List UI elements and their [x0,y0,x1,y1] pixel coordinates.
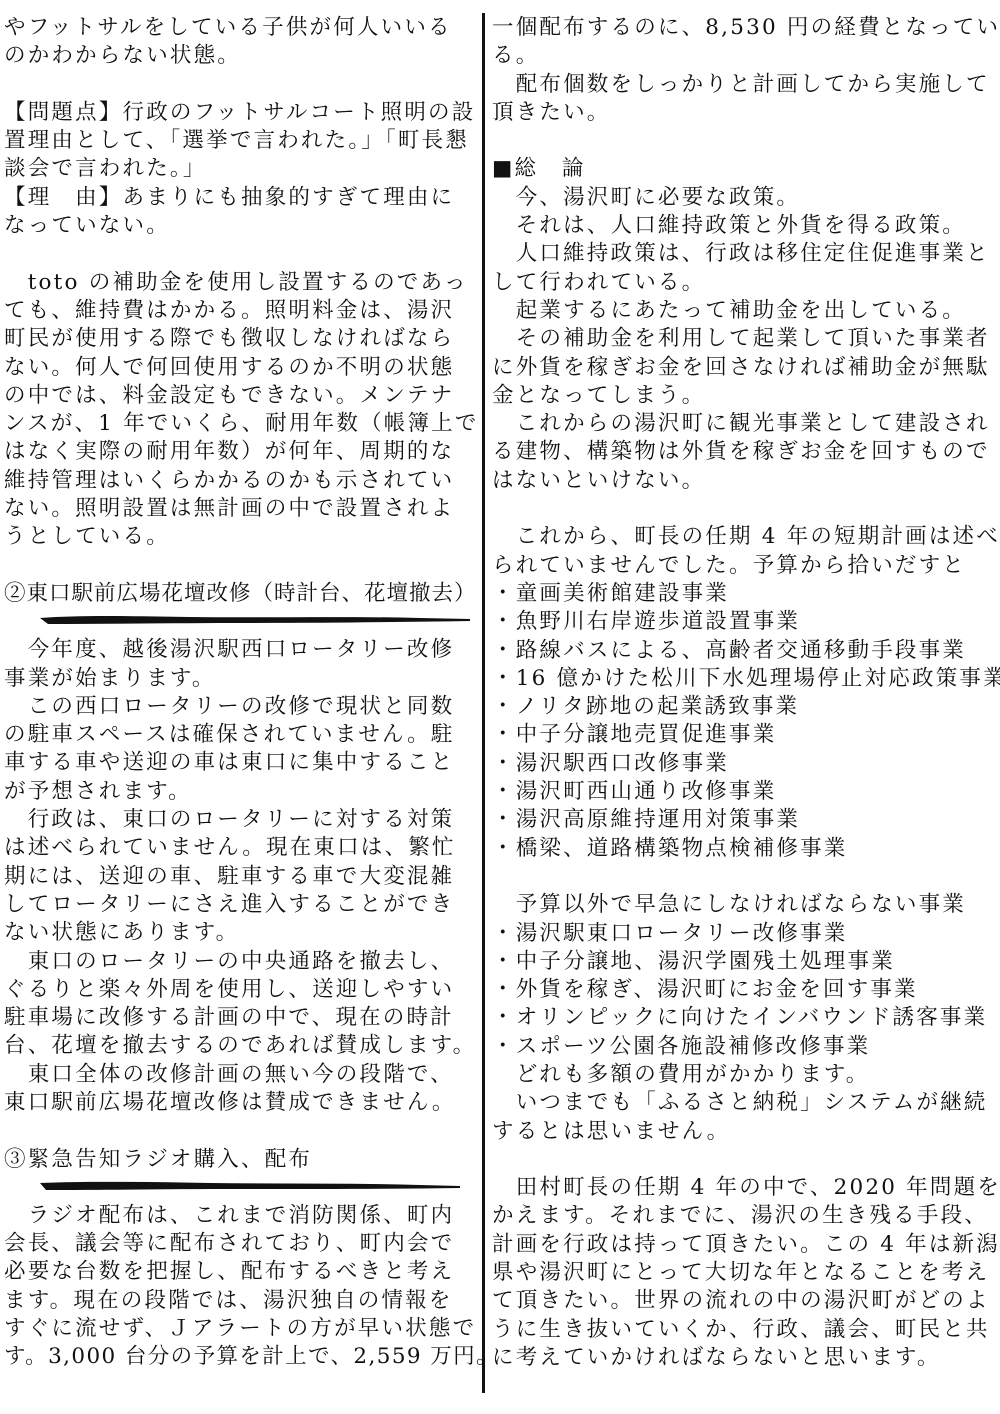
problem-paragraph: 【問題点】行政のフットサルコート照明の設 置理由として、「選挙で言われた。」「町… [4,99,474,240]
text-line: 配布個数をしっかりと計画してから実施して [492,71,997,99]
text-line: 【理 由】あまりにも抽象的すぎて理由に [4,184,474,212]
text-line: すぐに流せず、Ｊアラートの方が早い状態で [4,1315,474,1343]
text-line: 会長、議会等に配布されており、町内会で [4,1230,474,1258]
text-line: に外貨を稼ぎお金を回さなければ補助金が無駄 [492,354,997,382]
budget-list: ・童画美術館建設事業 ・魚野川右岸遊歩道設置事業 ・路線バスによる、高齢者交通移… [492,580,997,863]
text-line: 台、花壇を撤去するのであれば賛成します。 [4,1032,474,1060]
text-line: ても、維持費はかかる。照明料金は、湯沢 [4,297,474,325]
text-line: これからの湯沢町に観光事業として建設され [492,410,997,438]
text-line: ンスが、1 年でいくら、耐用年数（帳簿上で [4,410,474,438]
list-item: ・オリンピックに向けたインバウンド誘客事業 [492,1004,997,1032]
list-item: ・湯沢町西山通り改修事業 [492,778,997,806]
text-line: 県や湯沢町にとって大切な年となることを考え [492,1259,997,1287]
text-line: その補助金を利用して起業して頂いた事業者 [492,325,997,353]
text-line: 一個配布するのに、8,530 円の経費となってい [492,14,997,42]
text-line: に考えていかければならないと思います。 [492,1344,997,1372]
text-line: 今年度、越後湯沢駅西口ロータリー改修 [4,636,474,664]
list-item: ・中子分譲地、湯沢学園残土処理事業 [492,948,997,976]
brush-stroke-divider [4,612,474,628]
section-heading: ②東口駅前広場花壇改修（時計台、花壇撤去） [4,580,474,608]
list-item: ・外貨を稼ぎ、湯沢町にお金を回す事業 [492,976,997,1004]
intro-paragraph: やフットサルをしている子供が何人いいる のかわからない状態。 [4,14,474,71]
list-item: ・湯沢駅東口ロータリー改修事業 [492,920,997,948]
text-line: 駐車場に改修する計画の中で、現在の時計 [4,1004,474,1032]
section-heading: ③緊急告知ラジオ購入、配布 [4,1146,474,1174]
text-line: どれも多額の費用がかかります。 [492,1061,997,1089]
text-line: 必要な台数を把握し、配布するべきと考え [4,1258,474,1286]
text-line: の駐車スペースは確保されていません。駐 [4,721,474,749]
summary-section: ■総 論 今、湯沢町に必要な政策。 それは、人口維持政策と外貨を得る政策。 人口… [492,155,997,495]
list-item: ・湯沢駅西口改修事業 [492,750,997,778]
right-column: 一個配布するのに、8,530 円の経費となってい る。 配布個数をしっかりと計画… [492,14,997,1372]
text-line: 東口駅前広場花壇改修は賛成できません。 [4,1089,474,1117]
text-line: してロータリーにさえ進入することができ [4,891,474,919]
text-line: するとは思いません。 [492,1118,997,1146]
text-line: うに生き抜いていくか、行政、議会、町民と共 [492,1316,997,1344]
urgent-list: ・湯沢駅東口ロータリー改修事業 ・中子分譲地、湯沢学園残土処理事業 ・外貨を稼ぎ… [492,920,997,1061]
text-line: は述べられていません。現在東口は、繁忙 [4,834,474,862]
text-line: ない。何人で何回使用するのか不明の状態 [4,354,474,382]
text-line: ます。現在の段階では、湯沢独自の情報を [4,1287,474,1315]
text-line: 今、湯沢町に必要な政策。 [492,184,997,212]
text-line: それは、人口維持政策と外貨を得る政策。 [492,212,997,240]
list-item: ・橋梁、道路構築物点検補修事業 [492,835,997,863]
text-line: 予算以外で早急にしなければならない事業 [492,891,997,919]
text-line: 維持管理はいくらかかるのかも示されてい [4,467,474,495]
text-line: なっていない。 [4,212,474,240]
text-line: て頂きたい。世界の流れの中の湯沢町がどのよ [492,1287,997,1315]
list-item: ・湯沢高原維持運用対策事業 [492,806,997,834]
text-line: 田村町長の任期 4 年の中で、2020 年問題を向 [492,1174,997,1202]
text-line: のかわからない状態。 [4,42,474,70]
list-item: ・16 億かけた松川下水処理場停止対応政策事業 [492,665,997,693]
text-line: られていませんでした。予算から拾いだすと [492,552,997,580]
cost-paragraph: 一個配布するのに、8,530 円の経費となってい る。 配布個数をしっかりと計画… [492,14,997,127]
text-line: す。3,000 台分の予算を計上で、2,559 万円。 [4,1343,474,1371]
text-line: やフットサルをしている子供が何人いいる [4,14,474,42]
text-line: して行われている。 [492,269,997,297]
text-line: この西口ロータリーの改修で現状と同数 [4,693,474,721]
list-item: ・童画美術館建設事業 [492,580,997,608]
section-2: ②東口駅前広場花壇改修（時計台、花壇撤去） 今年度、越後湯沢駅西口ロータリー改修… [4,580,474,1117]
text-line: 計画を行政は持って頂きたい。この 4 年は新潟 [492,1231,997,1259]
text-line: かえます。それまでに、湯沢の生き残る手段、 [492,1202,997,1230]
urgent-section: 予算以外で早急にしなければならない事業 ・湯沢駅東口ロータリー改修事業 ・中子分… [492,891,997,1146]
list-item: ・魚野川右岸遊歩道設置事業 [492,608,997,636]
text-line: る建物、構築物は外貨を稼ぎお金を回すもので [492,438,997,466]
toto-paragraph: toto の補助金を使用し設置するのであっ ても、維持費はかかる。照明料金は、湯… [4,269,474,552]
text-line: 町民が使用する際でも徴収しなければなら [4,325,474,353]
section-heading: ■総 論 [492,155,997,183]
text-line: 【問題点】行政のフットサルコート照明の設 [4,99,474,127]
text-line: 期には、送迎の車、駐車する車で大変混雑 [4,863,474,891]
text-line: 置理由として、「選挙で言われた。」「町長懇 [4,127,474,155]
text-line: いつまでも「ふるさと納税」システムが継続 [492,1089,997,1117]
list-item: ・中子分譲地売買促進事業 [492,721,997,749]
column-divider [482,13,485,1393]
text-line: これから、町長の任期 4 年の短期計画は述べ [492,523,997,551]
text-line: うとしている。 [4,523,474,551]
text-line: 車する車や送迎の車は東口に集中すること [4,749,474,777]
left-column: やフットサルをしている子供が何人いいる のかわからない状態。 【問題点】行政のフ… [4,14,474,1372]
list-item: ・ノリタ跡地の起業誘致事業 [492,693,997,721]
text-line: 事業が始まります。 [4,665,474,693]
text-line: ない状態にあります。 [4,919,474,947]
text-line: 頂きたい。 [492,99,997,127]
list-item: ・路線バスによる、高齢者交通移動手段事業 [492,637,997,665]
text-line: 談会で言われた。」 [4,155,474,183]
text-line: ない。照明設置は無計画の中で設置されよ [4,495,474,523]
section-3: ③緊急告知ラジオ購入、配布 ラジオ配布は、これまで消防関係、町内 会長、議会等に… [4,1146,474,1372]
text-line: ラジオ配布は、これまで消防関係、町内 [4,1202,474,1230]
text-line: はないといけない。 [492,467,997,495]
text-line: はなく実際の耐用年数）が何年、周期的な [4,438,474,466]
closing-paragraph: 田村町長の任期 4 年の中で、2020 年問題を向 かえます。それまでに、湯沢の… [492,1174,997,1372]
budget-paragraph: これから、町長の任期 4 年の短期計画は述べ られていませんでした。予算から拾い… [492,523,997,580]
text-line: 金となってしまう。 [492,382,997,410]
brush-stroke-divider [4,1178,474,1194]
text-line: 東口全体の改修計画の無い今の段階で、 [4,1061,474,1089]
text-line: が予想されます。 [4,778,474,806]
text-line: toto の補助金を使用し設置するのであっ [4,269,474,297]
text-line: 東口のロータリーの中央通路を撤去し、 [4,948,474,976]
text-line: 行政は、東口のロータリーに対する対策 [4,806,474,834]
text-line: の中では、料金設定もできない。メンテナ [4,382,474,410]
text-line: ぐるりと楽々外周を使用し、送迎しやすい [4,976,474,1004]
text-line: 起業するにあたって補助金を出している。 [492,297,997,325]
text-line: る。 [492,42,997,70]
list-item: ・スポーツ公園各施設補修改修事業 [492,1033,997,1061]
text-line: 人口維持政策は、行政は移住定住促進事業と [492,240,997,268]
